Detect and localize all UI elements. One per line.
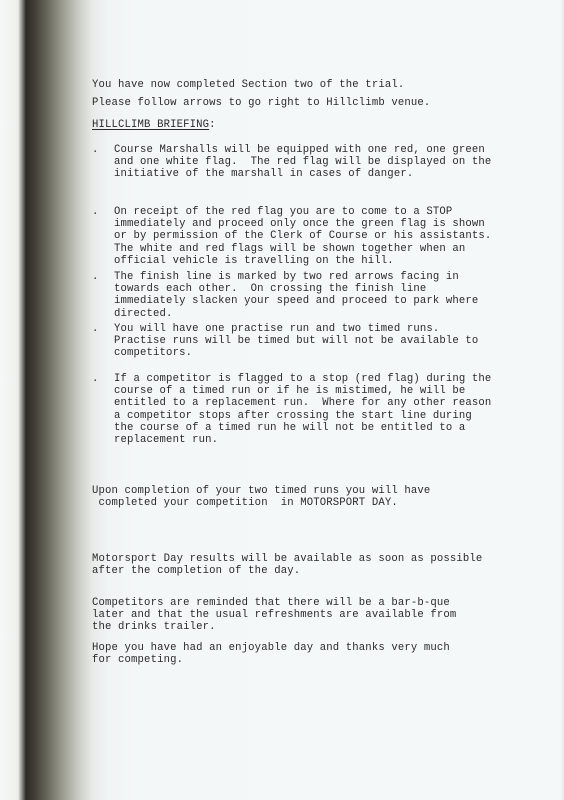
text-line: replacement run.	[114, 434, 491, 446]
text-line: a competitor stops after crossing the st…	[114, 410, 491, 422]
text-line: Course Marshalls will be equipped with o…	[114, 144, 491, 156]
text-line: and one white flag. The red flag will be…	[114, 156, 491, 168]
heading-text: HILLCLIMB BRIEFING	[92, 119, 209, 131]
text-line: Motorsport Day results will be available…	[92, 553, 482, 565]
bullet-text: On receipt of the red flag you are to co…	[114, 206, 491, 267]
bullet-text: Course Marshalls will be equipped with o…	[114, 144, 491, 181]
text-line: The white and red flags will be shown to…	[114, 243, 491, 255]
scanned-page: You have now completed Section two of th…	[0, 0, 564, 800]
text-line: Practise runs will be timed but will not…	[114, 335, 478, 347]
intro-line-section-complete: You have now completed Section two of th…	[92, 79, 404, 91]
bullet-marker: .	[92, 144, 102, 156]
paragraph-completion: Upon completion of your two timed runs y…	[92, 485, 430, 509]
bullet-marker: .	[92, 323, 102, 335]
text-line: towards each other. On crossing the fini…	[114, 283, 478, 295]
text-line: Upon completion of your two timed runs y…	[92, 485, 430, 497]
text-line: the drinks trailer.	[92, 621, 456, 633]
bullet-text: The finish line is marked by two red arr…	[114, 271, 478, 320]
paragraph-thanks: Hope you have had an enjoyable day and t…	[92, 642, 450, 666]
heading-colon: :	[209, 119, 216, 131]
text-line: On receipt of the red flag you are to co…	[114, 206, 491, 218]
text-line: for competing.	[92, 654, 450, 666]
text-line: immediately slacken your speed and proce…	[114, 295, 478, 307]
bullet-marker: .	[92, 373, 102, 385]
text-line: after the completion of the day.	[92, 565, 482, 577]
section-heading: HILLCLIMB BRIEFING:	[92, 119, 216, 131]
paragraph-results: Motorsport Day results will be available…	[92, 553, 482, 577]
text-line: or by permission of the Clerk of Course …	[114, 230, 491, 242]
text-line: Hope you have had an enjoyable day and t…	[92, 642, 450, 654]
text-line: If a competitor is flagged to a stop (re…	[114, 373, 491, 385]
text-line: official vehicle is travelling on the hi…	[114, 255, 491, 267]
text-line: directed.	[114, 308, 478, 320]
intro-line-follow-arrows: Please follow arrows to go right to Hill…	[92, 97, 430, 109]
paragraph-refreshments: Competitors are reminded that there will…	[92, 597, 456, 634]
bullet-text: You will have one practise run and two t…	[114, 323, 478, 360]
bullet-text: If a competitor is flagged to a stop (re…	[114, 373, 491, 446]
text-line: competitors.	[114, 347, 478, 359]
text-line: Competitors are reminded that there will…	[92, 597, 456, 609]
text-line: You will have one practise run and two t…	[114, 323, 478, 335]
text-line: the course of a timed run he will not be…	[114, 422, 491, 434]
text-line: later and that the usual refreshments ar…	[92, 609, 456, 621]
text-line: completed your competition in MOTORSPORT…	[92, 497, 430, 509]
text-line: entitled to a replacement run. Where for…	[114, 397, 491, 409]
bullet-marker: .	[92, 206, 102, 218]
text-line: immediately and proceed only once the gr…	[114, 218, 491, 230]
text-line: course of a timed run or if he is mistim…	[114, 385, 491, 397]
text-line: The finish line is marked by two red arr…	[114, 271, 478, 283]
bullet-marker: .	[92, 271, 102, 283]
text-line: initiative of the marshall in cases of d…	[114, 168, 491, 180]
